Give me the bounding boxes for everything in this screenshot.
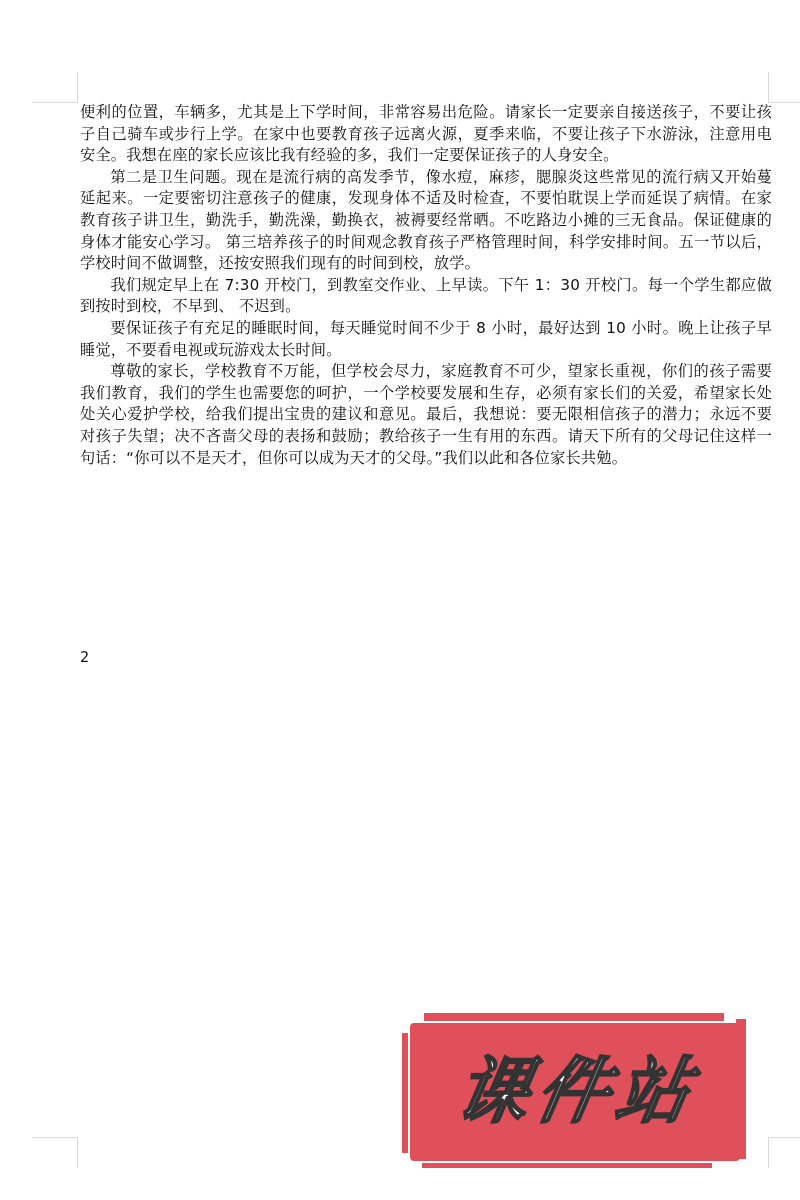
document-body: 便利的位置，车辆多，尤其是上下学时间，非常容易出危险。请家长一定要亲自接送孩子，… [80,102,772,469]
paragraph: 第二是卫生问题。现在是流行病的高发季节，像水痘，麻疹，腮腺炎这些常见的流行病又开… [80,167,772,275]
watermark-text: 课件站 [413,1041,741,1141]
page-number: 2 [80,648,89,666]
watermark-stamp: 课件站 [402,1013,747,1168]
document-page: 便利的位置，车辆多，尤其是上下学时间，非常容易出危险。请家长一定要亲自接送孩子，… [0,0,800,1200]
paragraph: 尊敬的家长，学校教育不万能，但学校会尽力，家庭教育不可少，望家长重视，你们的孩子… [80,361,772,469]
paragraph: 我们规定早上在 7:30 开校门，到教室交作业、上早读。下午 1：30 开校门。… [80,275,772,318]
stamp-edge [402,1033,408,1153]
paragraph: 便利的位置，车辆多，尤其是上下学时间，非常容易出危险。请家长一定要亲自接送孩子，… [80,102,772,167]
crop-mark-bottom-right [768,1137,800,1168]
crop-mark-top-left [32,72,78,103]
crop-mark-top-right [768,72,800,103]
paragraph: 要保证孩子有充足的睡眠时间，每天睡觉时间不少于 8 小时，最好达到 10 小时。… [80,318,772,361]
stamp-edge [422,1163,712,1168]
stamp-edge [424,1013,724,1021]
crop-mark-bottom-left [32,1137,78,1168]
